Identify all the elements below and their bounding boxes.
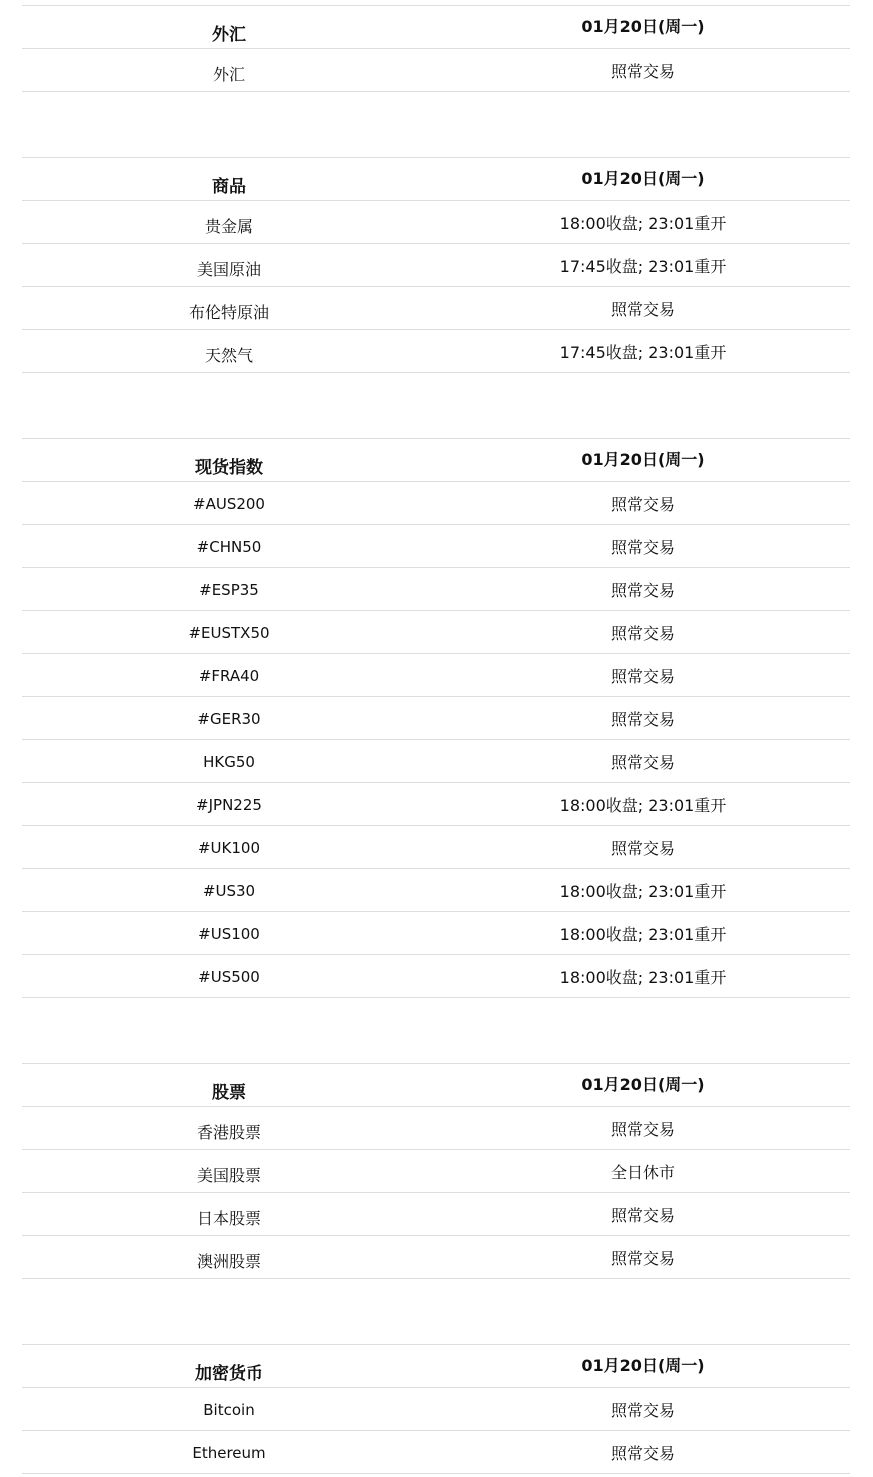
schedule-table-crypto: 加密货币 01月20日(周一) Bitcoin 照常交易 Ethereum 照常… xyxy=(22,1344,850,1474)
trading-status: 照常交易 xyxy=(436,1203,850,1226)
table-row: 布伦特原油 照常交易 xyxy=(22,286,850,329)
table-row: 天然气 17:45收盘; 23:01重开 xyxy=(22,329,850,373)
date-header: 01月20日(周一) xyxy=(436,1064,850,1106)
trading-status: 照常交易 xyxy=(436,621,850,644)
trading-status: 18:00收盘; 23:01重开 xyxy=(436,211,850,234)
category-label: 外汇 xyxy=(22,20,436,45)
trading-status: 18:00收盘; 23:01重开 xyxy=(436,793,850,816)
trading-status: 照常交易 xyxy=(436,1398,850,1421)
schedule-table-commodities: 商品 01月20日(周一) 贵金属 18:00收盘; 23:01重开 美国原油 … xyxy=(22,157,850,373)
table-row: #US30 18:00收盘; 23:01重开 xyxy=(22,868,850,911)
table-header-row: 股票 01月20日(周一) xyxy=(22,1063,850,1106)
category-label: 商品 xyxy=(22,172,436,197)
date-label: 01月20日(周一) xyxy=(436,1072,850,1095)
table-header-row: 商品 01月20日(周一) xyxy=(22,157,850,200)
table-row: 外汇 照常交易 xyxy=(22,48,850,92)
date-label: 01月20日(周一) xyxy=(436,447,850,470)
category-header: 股票 xyxy=(22,1064,436,1106)
instrument-name: Ethereum xyxy=(22,1444,436,1462)
instrument-name: 日本股票 xyxy=(22,1206,436,1229)
instrument-name: #GER30 xyxy=(22,710,436,728)
date-label: 01月20日(周一) xyxy=(436,1353,850,1376)
trading-status: 照常交易 xyxy=(436,492,850,515)
trading-status: 18:00收盘; 23:01重开 xyxy=(436,922,850,945)
instrument-name: #AUS200 xyxy=(22,495,436,513)
table-header-row: 现货指数 01月20日(周一) xyxy=(22,438,850,481)
category-label: 股票 xyxy=(22,1078,436,1103)
date-header: 01月20日(周一) xyxy=(436,6,850,48)
date-label: 01月20日(周一) xyxy=(436,166,850,189)
trading-status: 18:00收盘; 23:01重开 xyxy=(436,879,850,902)
trading-status: 照常交易 xyxy=(436,578,850,601)
trading-status: 照常交易 xyxy=(436,707,850,730)
table-row: 美国股票 全日休市 xyxy=(22,1149,850,1192)
table-row: 澳洲股票 照常交易 xyxy=(22,1235,850,1279)
trading-status: 17:45收盘; 23:01重开 xyxy=(436,254,850,277)
table-row: 日本股票 照常交易 xyxy=(22,1192,850,1235)
schedule-table-stocks: 股票 01月20日(周一) 香港股票 照常交易 美国股票 全日休市 日本股票 照… xyxy=(22,1063,850,1279)
trading-status: 照常交易 xyxy=(436,750,850,773)
trading-status: 17:45收盘; 23:01重开 xyxy=(436,340,850,363)
category-header: 加密货币 xyxy=(22,1345,436,1387)
date-label: 01月20日(周一) xyxy=(436,14,850,37)
table-row: 香港股票 照常交易 xyxy=(22,1106,850,1149)
instrument-name: 外汇 xyxy=(22,62,436,85)
table-row: HKG50 照常交易 xyxy=(22,739,850,782)
table-row: #JPN225 18:00收盘; 23:01重开 xyxy=(22,782,850,825)
trading-status: 照常交易 xyxy=(436,664,850,687)
date-header: 01月20日(周一) xyxy=(436,158,850,200)
instrument-name: #ESP35 xyxy=(22,581,436,599)
trading-status: 全日休市 xyxy=(436,1160,850,1183)
instrument-name: #UK100 xyxy=(22,839,436,857)
schedule-table-spot-indices: 现货指数 01月20日(周一) #AUS200 照常交易 #CHN50 照常交易… xyxy=(22,438,850,998)
category-header: 商品 xyxy=(22,158,436,200)
table-row: Ethereum 照常交易 xyxy=(22,1430,850,1474)
trading-status: 照常交易 xyxy=(436,1117,850,1140)
table-row: #CHN50 照常交易 xyxy=(22,524,850,567)
table-row: Bitcoin 照常交易 xyxy=(22,1387,850,1430)
table-row: #EUSTX50 照常交易 xyxy=(22,610,850,653)
trading-status: 照常交易 xyxy=(436,836,850,859)
table-row: #GER30 照常交易 xyxy=(22,696,850,739)
trading-status: 18:00收盘; 23:01重开 xyxy=(436,965,850,988)
table-header-row: 外汇 01月20日(周一) xyxy=(22,5,850,48)
table-row: 美国原油 17:45收盘; 23:01重开 xyxy=(22,243,850,286)
trading-status: 照常交易 xyxy=(436,59,850,82)
category-header: 现货指数 xyxy=(22,439,436,481)
table-row: #US500 18:00收盘; 23:01重开 xyxy=(22,954,850,998)
instrument-name: #CHN50 xyxy=(22,538,436,556)
table-row: #UK100 照常交易 xyxy=(22,825,850,868)
table-row: #ESP35 照常交易 xyxy=(22,567,850,610)
table-row: #AUS200 照常交易 xyxy=(22,481,850,524)
instrument-name: 美国股票 xyxy=(22,1163,436,1186)
trading-status: 照常交易 xyxy=(436,1246,850,1269)
instrument-name: HKG50 xyxy=(22,753,436,771)
table-row: #US100 18:00收盘; 23:01重开 xyxy=(22,911,850,954)
instrument-name: 天然气 xyxy=(22,343,436,366)
instrument-name: #FRA40 xyxy=(22,667,436,685)
instrument-name: #US500 xyxy=(22,968,436,986)
trading-status: 照常交易 xyxy=(436,1441,850,1464)
instrument-name: #EUSTX50 xyxy=(22,624,436,642)
trading-status: 照常交易 xyxy=(436,535,850,558)
instrument-name: 美国原油 xyxy=(22,257,436,280)
instrument-name: #US30 xyxy=(22,882,436,900)
table-header-row: 加密货币 01月20日(周一) xyxy=(22,1344,850,1387)
category-label: 加密货币 xyxy=(22,1359,436,1384)
instrument-name: 布伦特原油 xyxy=(22,300,436,323)
schedule-table-forex: 外汇 01月20日(周一) 外汇 照常交易 xyxy=(22,5,850,92)
table-row: #FRA40 照常交易 xyxy=(22,653,850,696)
instrument-name: #US100 xyxy=(22,925,436,943)
category-label: 现货指数 xyxy=(22,453,436,478)
date-header: 01月20日(周一) xyxy=(436,1345,850,1387)
instrument-name: 香港股票 xyxy=(22,1120,436,1143)
instrument-name: #JPN225 xyxy=(22,796,436,814)
instrument-name: 澳洲股票 xyxy=(22,1249,436,1272)
instrument-name: 贵金属 xyxy=(22,214,436,237)
instrument-name: Bitcoin xyxy=(22,1401,436,1419)
table-row: 贵金属 18:00收盘; 23:01重开 xyxy=(22,200,850,243)
category-header: 外汇 xyxy=(22,6,436,48)
date-header: 01月20日(周一) xyxy=(436,439,850,481)
trading-status: 照常交易 xyxy=(436,297,850,320)
